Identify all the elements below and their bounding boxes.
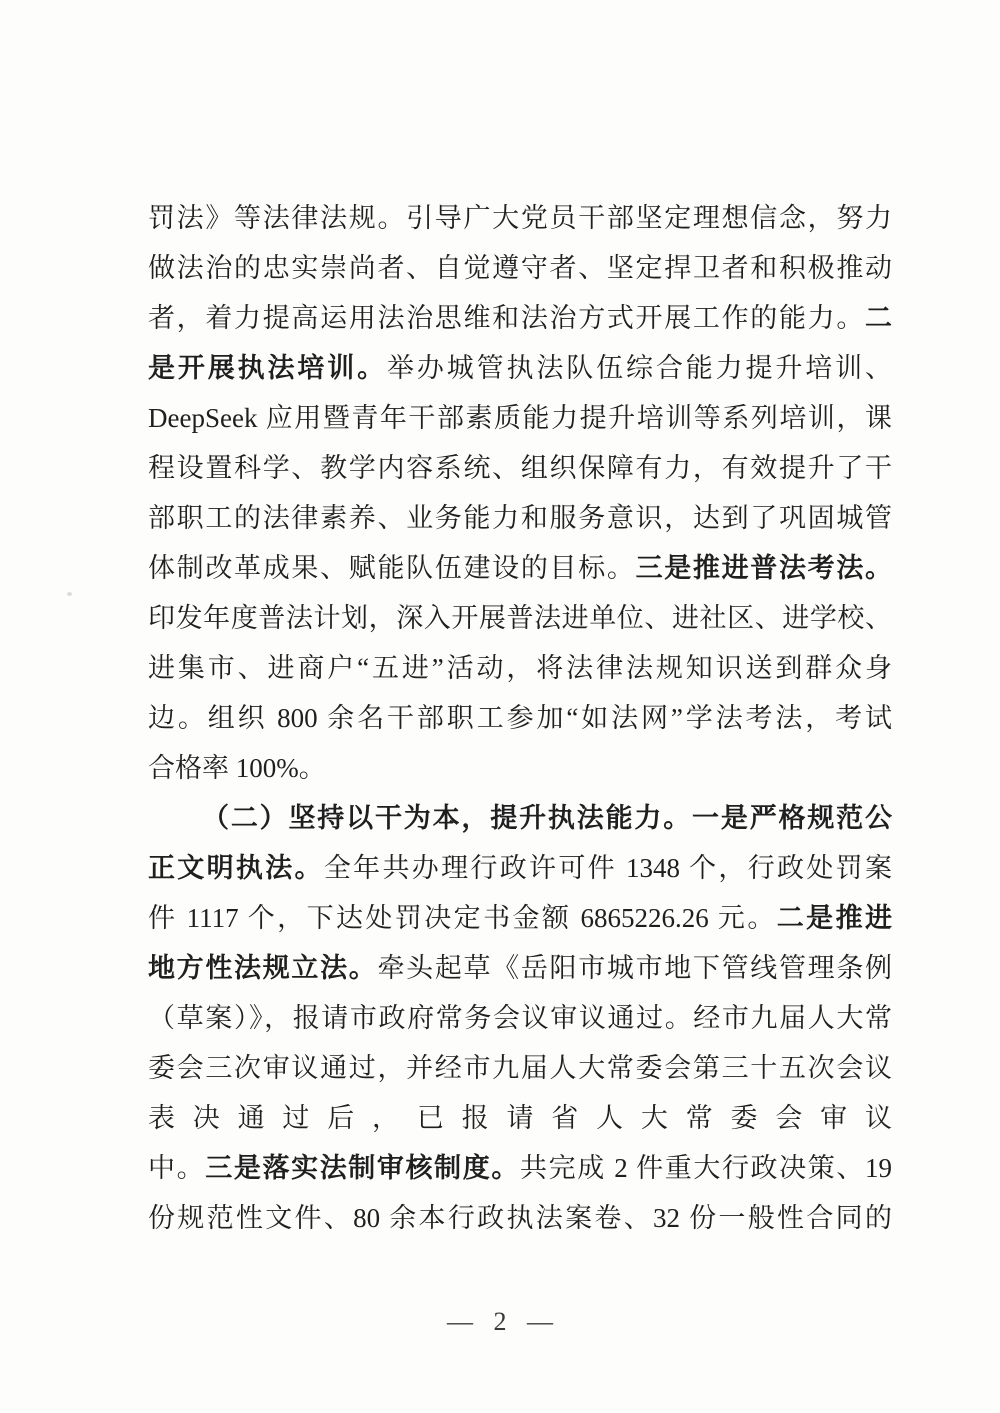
text-segment: 中。	[148, 1153, 205, 1183]
text-segment: 者，着力提高运用法治思维和法治方式开展工作的能力。	[148, 303, 865, 333]
text-segment-bold: 二是推进	[777, 903, 892, 933]
text-line: 正文明执法。全年共办理行政许可件 1348 个，行政处罚案	[148, 843, 892, 893]
document-page: 罚法》等法律法规。引导广大党员干部坚定理想信念，努力做法治的忠实崇尚者、自觉遵守…	[0, 0, 1000, 1413]
text-segment-bold: （二）坚持以干为本，提升执法能力。一是严格规范公	[202, 803, 892, 833]
text-segment: 程设置科学、教学内容系统、组织保障有力，有效提升了干	[148, 453, 892, 483]
text-segment: 部职工的法律素养、业务能力和服务意识，达到了巩固城管	[148, 503, 892, 533]
text-line: 做法治的忠实崇尚者、自觉遵守者、坚定捍卫者和积极推动	[148, 243, 892, 293]
text-segment: 共完成 2 件重大行政决策、19	[520, 1153, 892, 1183]
text-line: 印发年度普法计划，深入开展普法进单位、进社区、进学校、	[148, 593, 892, 643]
text-line: 是开展执法培训。举办城管执法队伍综合能力提升培训、	[148, 343, 892, 393]
text-segment: DeepSeek 应用暨青年干部素质能力提升培训等系列培训，课	[148, 403, 892, 433]
text-segment-bold: 正文明执法。	[148, 853, 324, 883]
text-segment: 件 1117 个，下达处罚决定书金额 6865226.26 元。	[148, 903, 777, 933]
text-line: 件 1117 个，下达处罚决定书金额 6865226.26 元。二是推进	[148, 893, 892, 943]
text-segment: 份规范性文件、80 余本行政执法案卷、32 份一般性合同的	[148, 1203, 892, 1233]
text-segment-bold: 是开展执法培训。	[148, 353, 387, 383]
text-line: 委会三次审议通过，并经市九届人大常委会第三十五次会议	[148, 1043, 892, 1093]
text-line: 边。组织 800 余名干部职工参加“如法网”学法考法，考试	[148, 693, 892, 743]
text-line: 部职工的法律素养、业务能力和服务意识，达到了巩固城管	[148, 493, 892, 543]
text-segment-bold: 二	[865, 303, 892, 333]
text-line: 体制改革成果、赋能队伍建设的目标。三是推进普法考法。	[148, 543, 892, 593]
text-segment: 牵头起草《岳阳市城市地下管线管理条例	[377, 953, 892, 983]
text-segment: 做法治的忠实崇尚者、自觉遵守者、坚定捍卫者和积极推动	[148, 253, 892, 283]
text-segment-bold: 三是落实法制审核制度。	[205, 1153, 520, 1183]
text-segment: 进集市、进商户“五进”活动，将法律法规知识送到群众身	[148, 653, 892, 683]
text-segment: 表决通过后，已报请省人大常委会审议	[148, 1103, 892, 1133]
page-number-footer: — 2 —	[0, 1302, 1000, 1342]
text-segment-bold: 三是推进普法考法。	[636, 553, 892, 583]
text-line: DeepSeek 应用暨青年干部素质能力提升培训等系列培训，课	[148, 393, 892, 443]
text-line: 表决通过后，已报请省人大常委会审议	[148, 1093, 892, 1143]
text-segment: 举办城管执法队伍综合能力提升培训、	[387, 353, 892, 383]
text-line: 者，着力提高运用法治思维和法治方式开展工作的能力。二	[148, 293, 892, 343]
text-segment: （草案）》，报请市政府常务会议审议通过。经市九届人大常	[148, 1003, 892, 1033]
text-line: 罚法》等法律法规。引导广大党员干部坚定理想信念，努力	[148, 193, 892, 243]
text-line: （二）坚持以干为本，提升执法能力。一是严格规范公	[148, 793, 892, 843]
text-segment: 印发年度普法计划，深入开展普法进单位、进社区、进学校、	[148, 603, 892, 633]
scan-speckle	[67, 592, 72, 596]
text-segment: 合格率 100%。	[148, 753, 326, 783]
text-segment: 全年共办理行政许可件 1348 个，行政处罚案	[324, 853, 892, 883]
text-line: 合格率 100%。	[148, 743, 892, 793]
text-segment: 罚法》等法律法规。引导广大党员干部坚定理想信念，努力	[148, 203, 892, 233]
text-line: 中。三是落实法制审核制度。共完成 2 件重大行政决策、19	[148, 1143, 892, 1193]
text-segment-bold: 地方性法规立法。	[148, 953, 377, 983]
text-line: （草案）》，报请市政府常务会议审议通过。经市九届人大常	[148, 993, 892, 1043]
text-segment: 委会三次审议通过，并经市九届人大常委会第三十五次会议	[148, 1053, 892, 1083]
text-line: 程设置科学、教学内容系统、组织保障有力，有效提升了干	[148, 443, 892, 493]
document-body: 罚法》等法律法规。引导广大党员干部坚定理想信念，努力做法治的忠实崇尚者、自觉遵守…	[148, 193, 892, 1243]
text-line: 进集市、进商户“五进”活动，将法律法规知识送到群众身	[148, 643, 892, 693]
text-line: 地方性法规立法。牵头起草《岳阳市城市地下管线管理条例	[148, 943, 892, 993]
text-line: 份规范性文件、80 余本行政执法案卷、32 份一般性合同的	[148, 1193, 892, 1243]
text-segment: 体制改革成果、赋能队伍建设的目标。	[148, 553, 636, 583]
text-segment: 边。组织 800 余名干部职工参加“如法网”学法考法，考试	[148, 703, 892, 733]
